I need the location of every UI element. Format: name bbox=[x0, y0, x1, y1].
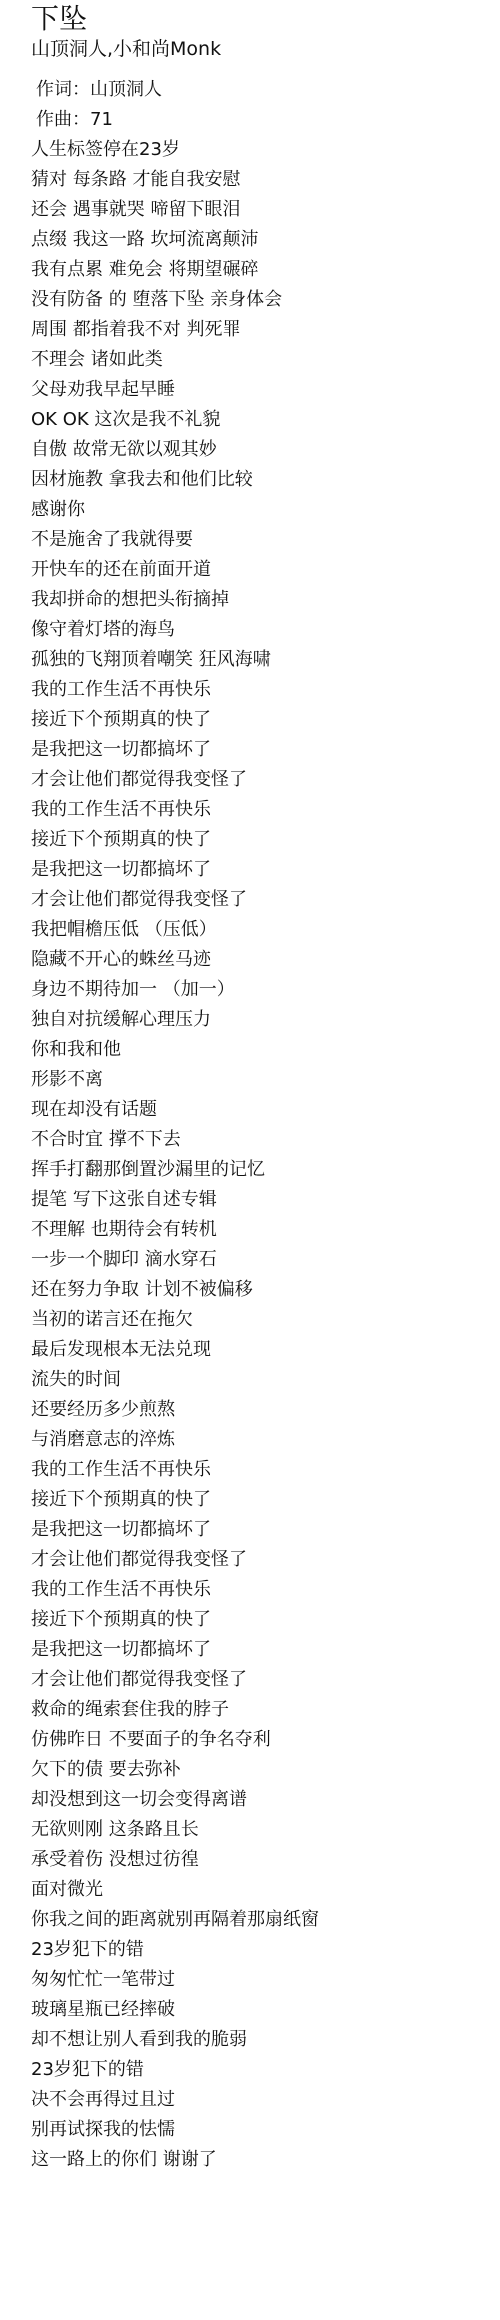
lyric-line: 面对微光 bbox=[31, 1875, 491, 1905]
lyric-line: 匆匆忙忙一笔带过 bbox=[31, 1965, 491, 1995]
lyric-line: 无欲则刚 这条路且长 bbox=[31, 1815, 491, 1845]
lyric-line: 才会让他们都觉得我变怪了 bbox=[31, 1545, 491, 1575]
lyric-line: 承受着伤 没想过彷徨 bbox=[31, 1845, 491, 1875]
lyric-line: 你和我和他 bbox=[31, 1035, 491, 1065]
lyric-line: 我的工作生活不再快乐 bbox=[31, 795, 491, 825]
lyric-line: 别再试探我的怯懦 bbox=[31, 2115, 491, 2145]
lyric-line: 不是施舍了我就得要 bbox=[31, 525, 491, 555]
lyric-line: OK OK 这次是我不礼貌 bbox=[31, 405, 491, 435]
lyric-line: 点缀 我这一路 坎坷流离颠沛 bbox=[31, 225, 491, 255]
lyric-line: 一步一个脚印 滴水穿石 bbox=[31, 1245, 491, 1275]
lyric-line: 救命的绳索套住我的脖子 bbox=[31, 1695, 491, 1725]
lyric-line: 猜对 每条路 才能自我安慰 bbox=[31, 165, 491, 195]
lyric-line: 感谢你 bbox=[31, 495, 491, 525]
song-title: 下坠 bbox=[31, 0, 491, 36]
lyric-line: 人生标签停在23岁 bbox=[31, 135, 491, 165]
lyric-line: 形影不离 bbox=[31, 1065, 491, 1095]
lyric-line: 接近下个预期真的快了 bbox=[31, 1485, 491, 1515]
lyric-line: 开快车的还在前面开道 bbox=[31, 555, 491, 585]
lyric-line: 孤独的飞翔顶着嘲笑 狂风海啸 bbox=[31, 645, 491, 675]
lyric-line: 像守着灯塔的海鸟 bbox=[31, 615, 491, 645]
song-credits: 作词：山顶洞人 作曲：71 bbox=[31, 75, 491, 135]
lyric-line: 这一路上的你们 谢谢了 bbox=[31, 2145, 491, 2175]
lyric-line: 23岁犯下的错 bbox=[31, 2055, 491, 2085]
lyric-line: 决不会再得过且过 bbox=[31, 2085, 491, 2115]
composer-credit: 作曲：71 bbox=[31, 105, 491, 135]
lyric-line: 不合时宜 撑不下去 bbox=[31, 1125, 491, 1155]
lyricist-credit: 作词：山顶洞人 bbox=[31, 75, 491, 105]
lyric-line: 流失的时间 bbox=[31, 1365, 491, 1395]
lyric-line: 却没想到这一切会变得离谱 bbox=[31, 1785, 491, 1815]
lyric-line: 还在努力争取 计划不被偏移 bbox=[31, 1275, 491, 1305]
lyric-line: 当初的诺言还在拖欠 bbox=[31, 1305, 491, 1335]
lyric-line: 接近下个预期真的快了 bbox=[31, 1605, 491, 1635]
lyric-line: 才会让他们都觉得我变怪了 bbox=[31, 765, 491, 795]
lyric-line: 与消磨意志的淬炼 bbox=[31, 1425, 491, 1455]
lyric-line: 才会让他们都觉得我变怪了 bbox=[31, 1665, 491, 1695]
lyric-line: 欠下的债 要去弥补 bbox=[31, 1755, 491, 1785]
lyric-line: 最后发现根本无法兑现 bbox=[31, 1335, 491, 1365]
lyric-line: 我的工作生活不再快乐 bbox=[31, 675, 491, 705]
song-artist: 山顶洞人,小和尚Monk bbox=[31, 36, 491, 62]
lyric-line: 是我把这一切都搞坏了 bbox=[31, 855, 491, 885]
lyric-line: 我的工作生活不再快乐 bbox=[31, 1455, 491, 1485]
lyric-line: 我把帽檐压低 （压低） bbox=[31, 915, 491, 945]
lyric-line: 周围 都指着我不对 判死罪 bbox=[31, 315, 491, 345]
lyric-line: 我却拼命的想把头衔摘掉 bbox=[31, 585, 491, 615]
lyric-line: 才会让他们都觉得我变怪了 bbox=[31, 885, 491, 915]
lyric-line: 接近下个预期真的快了 bbox=[31, 825, 491, 855]
lyric-line: 是我把这一切都搞坏了 bbox=[31, 1515, 491, 1545]
lyric-line: 是我把这一切都搞坏了 bbox=[31, 735, 491, 765]
lyric-line: 我有点累 难免会 将期望碾碎 bbox=[31, 255, 491, 285]
lyric-line: 提笔 写下这张自述专辑 bbox=[31, 1185, 491, 1215]
lyric-line: 你我之间的距离就别再隔着那扇纸窗 bbox=[31, 1905, 491, 1935]
lyric-line: 父母劝我早起早睡 bbox=[31, 375, 491, 405]
lyric-line: 现在却没有话题 bbox=[31, 1095, 491, 1125]
lyric-line: 隐藏不开心的蛛丝马迹 bbox=[31, 945, 491, 975]
lyrics-page: 下坠 山顶洞人,小和尚Monk 作词：山顶洞人 作曲：71 人生标签停在23岁猜… bbox=[31, 0, 491, 2175]
lyric-line: 接近下个预期真的快了 bbox=[31, 705, 491, 735]
lyric-line: 挥手打翻那倒置沙漏里的记忆 bbox=[31, 1155, 491, 1185]
lyric-line: 还会 遇事就哭 啼留下眼泪 bbox=[31, 195, 491, 225]
lyric-line: 独自对抗缓解心理压力 bbox=[31, 1005, 491, 1035]
lyric-line: 没有防备 的 堕落下坠 亲身体会 bbox=[31, 285, 491, 315]
lyric-line: 因材施教 拿我去和他们比较 bbox=[31, 465, 491, 495]
lyric-line: 仿佛昨日 不要面子的争名夺利 bbox=[31, 1725, 491, 1755]
lyric-line: 玻璃星瓶已经摔破 bbox=[31, 1995, 491, 2025]
lyric-line: 23岁犯下的错 bbox=[31, 1935, 491, 1965]
lyrics-list: 人生标签停在23岁猜对 每条路 才能自我安慰还会 遇事就哭 啼留下眼泪点缀 我这… bbox=[31, 135, 491, 2175]
lyric-line: 自傲 故常无欲以观其妙 bbox=[31, 435, 491, 465]
lyric-line: 不理会 诸如此类 bbox=[31, 345, 491, 375]
lyric-line: 我的工作生活不再快乐 bbox=[31, 1575, 491, 1605]
lyric-line: 却不想让别人看到我的脆弱 bbox=[31, 2025, 491, 2055]
lyric-line: 不理解 也期待会有转机 bbox=[31, 1215, 491, 1245]
lyric-line: 还要经历多少煎熬 bbox=[31, 1395, 491, 1425]
lyric-line: 是我把这一切都搞坏了 bbox=[31, 1635, 491, 1665]
lyric-line: 身边不期待加一 （加一） bbox=[31, 975, 491, 1005]
